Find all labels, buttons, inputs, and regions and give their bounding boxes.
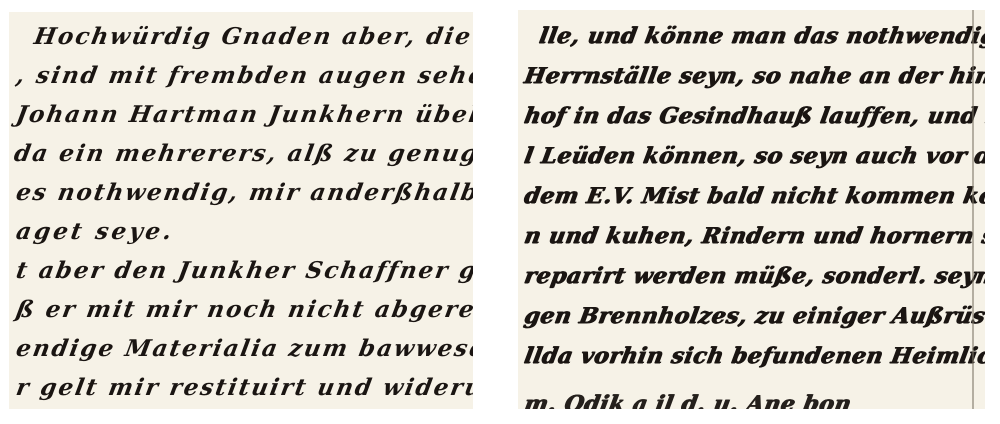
manuscript-line: llda vorhin sich befundenen Heimlichkeit bbox=[518, 336, 985, 376]
manuscript-line: gen Brennholzes, zu einiger Außrüstung bbox=[518, 296, 985, 336]
manuscript-line: l Leüden können, so seyn auch vor der Sa… bbox=[518, 136, 985, 176]
manuscript-line: lle, und könne man das nothwendige Brenn bbox=[518, 16, 985, 56]
right-manuscript-panel: lle, und könne man das nothwendige Brenn… bbox=[518, 10, 985, 409]
manuscript-line: m. Odik a il d. u. Ane bon bbox=[518, 384, 985, 409]
left-manuscript-panel: Hochwürdig Gnaden aber, die bi/. , sind … bbox=[9, 12, 473, 409]
manuscript-line: n und kuhen, Rindern und hornern so übel bbox=[518, 216, 985, 256]
page-edge-line bbox=[972, 10, 974, 409]
manuscript-scan-pair: Hochwürdig Gnaden aber, die bi/. , sind … bbox=[0, 0, 1000, 424]
manuscript-line: ß er mit mir noch nicht abgerech bbox=[9, 290, 473, 329]
manuscript-line: dem E.V. Mist bald nicht kommen könnd, i… bbox=[518, 176, 985, 216]
manuscript-line: endige Materialia zum bawwesen bbox=[9, 329, 473, 368]
manuscript-line: aget seye. bbox=[9, 212, 473, 251]
manuscript-line: Johann Hartman Junkhern übel ber bbox=[9, 95, 473, 134]
manuscript-line: reparirt werden müße, sonderl. seyn ein … bbox=[518, 256, 985, 296]
manuscript-line: t aber den Junkher Schaffner g bbox=[9, 251, 473, 290]
manuscript-line: da ein mehrerers, alß zu genugsam bbox=[9, 134, 473, 173]
manuscript-line: r gelt mir restituirt und widerum bbox=[9, 368, 473, 407]
manuscript-line: hof in das Gesindhauß lauffen, und man bbox=[518, 96, 985, 136]
manuscript-line: es nothwendig, mir anderßhalb, a bbox=[9, 173, 473, 212]
manuscript-line: Hochwürdig Gnaden aber, die bi/. bbox=[9, 17, 473, 56]
manuscript-line: , sind mit frembden augen sehen n bbox=[9, 56, 473, 95]
manuscript-line: Herrnställe seyn, so nahe an der hinten … bbox=[518, 56, 985, 96]
